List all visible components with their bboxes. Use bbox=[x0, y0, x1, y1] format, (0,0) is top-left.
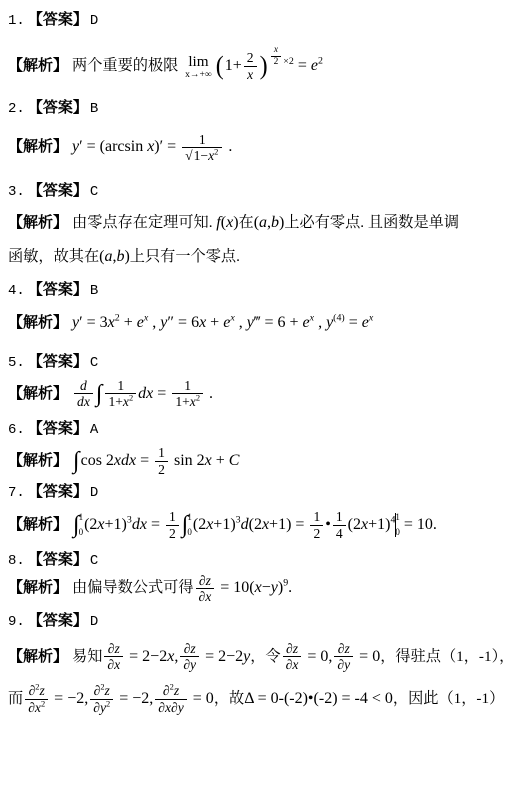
fraction: 14 bbox=[333, 509, 346, 541]
math-roman: 1 bbox=[313, 509, 320, 524]
math-italic: e bbox=[362, 314, 369, 331]
integral-sign-icon: ∫ bbox=[73, 449, 80, 473]
analysis-formula: 两个重要的极限 limx→+∞(1+2x)x2×2 = e2 bbox=[72, 57, 323, 74]
math-roman: , bbox=[148, 314, 160, 331]
math-italic: z bbox=[345, 641, 350, 656]
answer-line-5: 5.【答案】C bbox=[8, 352, 524, 373]
fraction: ∂2z∂x2 bbox=[25, 683, 48, 715]
upper-bound: 1 bbox=[187, 513, 192, 522]
math-roman: 1+ bbox=[225, 57, 242, 74]
analysis-line-4: 【解析】y′ = 3x2 + ex , y″ = 6x + ex , y‴ = … bbox=[8, 313, 524, 333]
text-run: 上只有一个零点. bbox=[130, 248, 240, 265]
answer-line-7: 7.【答案】D bbox=[8, 482, 524, 503]
analysis-formula: 函敏，故其在(a,b)上只有一个零点. bbox=[8, 248, 240, 265]
math-italic: x bbox=[262, 516, 269, 533]
integral: ∫10 bbox=[73, 513, 83, 537]
text-run: 在 bbox=[239, 214, 254, 231]
math-roman: 2 bbox=[169, 526, 176, 541]
fraction-numerator: ∂z bbox=[334, 641, 353, 658]
fraction-denominator: ∂y2 bbox=[90, 700, 113, 716]
math-roman: ∂ bbox=[163, 683, 170, 698]
math-roman: ∂ bbox=[93, 700, 100, 715]
math-italic: y bbox=[271, 579, 278, 596]
analysis-line-6: 【解析】∫cos 2xdx = 12 sin 2x + C bbox=[8, 445, 524, 477]
text-run: 上必有零点. 且函数是单调 bbox=[284, 214, 459, 231]
answer-line-8: 8.【答案】C bbox=[8, 550, 524, 571]
superscript: 2 bbox=[318, 56, 323, 67]
text-run: ，因此（1，-1） bbox=[393, 690, 504, 707]
answer-label: 【答案】 bbox=[28, 613, 88, 629]
fraction: ∂2z∂y2 bbox=[90, 683, 113, 715]
math-roman: = 0 bbox=[189, 690, 214, 707]
fraction-denominator: √1−x2 bbox=[182, 148, 222, 164]
analysis-line-7: 【解析】∫10(2x+1)3dx = 12∫10(2x+1)3d(2x+1) =… bbox=[8, 509, 524, 541]
fraction-numerator: 1 bbox=[155, 445, 168, 462]
math-italic: x bbox=[292, 657, 298, 672]
math-roman: − bbox=[262, 579, 271, 596]
analysis-formula: ddx∫11+x2dx = 11+x2 . bbox=[72, 385, 213, 402]
fraction-denominator: x bbox=[244, 67, 257, 83]
analysis-line-9a: 【解析】易知∂z∂x = 2−2x,∂z∂y = 2−2y，令∂z∂x = 0,… bbox=[8, 641, 524, 673]
math-italic: x bbox=[114, 657, 120, 672]
analysis-formula: y′ = (arcsin x)′ = 1√1−x2 . bbox=[72, 138, 232, 155]
document: 1.【答案】D 【解析】两个重要的极限 limx→+∞(1+2x)x2×2 = … bbox=[0, 0, 530, 798]
fraction-numerator: x bbox=[271, 45, 282, 57]
text-run: 函敏，故其在 bbox=[8, 248, 99, 265]
big-paren: ( bbox=[216, 53, 224, 80]
math-roman: +1) bbox=[269, 516, 291, 533]
math-italic: z bbox=[40, 683, 45, 698]
math-roman: , bbox=[314, 314, 326, 331]
limit: limx→+∞ bbox=[185, 54, 212, 80]
fraction-numerator: ∂z bbox=[283, 641, 302, 658]
math-roman: cos 2 bbox=[81, 452, 114, 469]
math-roman: 2 bbox=[318, 56, 323, 67]
answer-label: 【答案】 bbox=[28, 552, 88, 568]
math-italic: dx bbox=[132, 516, 147, 533]
superscript: (4) bbox=[333, 313, 345, 324]
answer-label: 【答案】 bbox=[28, 282, 88, 298]
superscript: 2 bbox=[41, 698, 45, 708]
big-paren: ) bbox=[260, 53, 268, 80]
item-number: 6. bbox=[8, 422, 25, 438]
answer-label: 【答案】 bbox=[28, 183, 88, 199]
fraction-denominator: ∂x2 bbox=[25, 700, 48, 716]
math-roman: Δ = 0-(-2)•(-2) = -4 < 0 bbox=[244, 690, 393, 707]
text-run: 而 bbox=[8, 690, 23, 707]
item-number: 7. bbox=[8, 485, 25, 501]
fraction: 11+x2 bbox=[105, 378, 136, 410]
math-italic: e bbox=[311, 57, 318, 74]
math-italic: z bbox=[174, 683, 179, 698]
analysis-label: 【解析】 bbox=[8, 315, 68, 331]
math-roman: ″ = 6 bbox=[167, 314, 199, 331]
fraction: 12 bbox=[310, 509, 323, 541]
math-italic: dx bbox=[121, 452, 136, 469]
answer-letter: C bbox=[90, 355, 98, 371]
math-roman: 1+ bbox=[175, 394, 189, 409]
fraction-denominator: ∂x bbox=[283, 657, 302, 673]
fraction-denominator: 4 bbox=[333, 526, 346, 542]
math-roman: (2 bbox=[348, 516, 361, 533]
analysis-label: 【解析】 bbox=[8, 139, 68, 155]
fraction-numerator: 2 bbox=[244, 50, 257, 67]
math-italic: dx bbox=[77, 394, 90, 409]
math-roman: = 10( bbox=[216, 579, 254, 596]
math-italic: x bbox=[361, 516, 368, 533]
answer-letter: D bbox=[90, 614, 98, 630]
math-roman: , bbox=[174, 648, 178, 665]
item-number: 1. bbox=[8, 13, 25, 29]
integral-bounds: 10 bbox=[187, 513, 192, 537]
fraction-numerator: ∂z bbox=[104, 641, 123, 658]
answer-label: 【答案】 bbox=[28, 354, 88, 370]
answer-line-6: 6.【答案】A bbox=[8, 419, 524, 440]
math-italic: x bbox=[255, 579, 262, 596]
math-roman: 2 bbox=[106, 698, 110, 708]
math-italic: y bbox=[344, 657, 350, 672]
math-italic: y bbox=[190, 657, 196, 672]
fraction-denominator: 1+x2 bbox=[172, 394, 203, 410]
answer-line-4: 4.【答案】B bbox=[8, 280, 524, 301]
math-roman: 2 bbox=[158, 462, 165, 477]
item-number: 2. bbox=[8, 101, 25, 117]
analysis-label: 【解析】 bbox=[8, 386, 68, 402]
integral: ∫ bbox=[96, 382, 103, 406]
math-roman: = 0 bbox=[355, 648, 380, 665]
text-run: ，得驻点（1，-1）， bbox=[380, 648, 514, 665]
math-roman: )′ = bbox=[154, 138, 180, 155]
fraction: 2x bbox=[244, 50, 257, 82]
math-roman: ∂ bbox=[28, 700, 35, 715]
analysis-line-9b: 而∂2z∂x2 = −2,∂2z∂y2 = −2,∂2z∂x∂y = 0，故Δ … bbox=[8, 683, 524, 715]
math-roman: = bbox=[153, 385, 170, 402]
analysis-label: 【解析】 bbox=[8, 580, 68, 596]
analysis-formula: 由偏导数公式可得∂z∂x = 10(x−y)9. bbox=[72, 579, 292, 596]
math-roman: ×2 bbox=[283, 56, 294, 67]
math-roman: (4) bbox=[333, 313, 345, 324]
answer-letter: B bbox=[90, 283, 98, 299]
math-roman: + bbox=[120, 314, 137, 331]
fraction-numerator: 1 bbox=[166, 509, 179, 526]
math-italic: dx bbox=[138, 385, 153, 402]
fraction-denominator: ∂x∂y bbox=[155, 700, 187, 716]
item-number: 3. bbox=[8, 184, 25, 200]
math-roman: +1) bbox=[105, 516, 127, 533]
lower-bound: 0 bbox=[79, 528, 84, 537]
math-roman: (2 bbox=[249, 516, 262, 533]
fraction: 12 bbox=[155, 445, 168, 477]
superscript: 2 bbox=[214, 147, 218, 157]
answer-label: 【答案】 bbox=[28, 100, 88, 116]
math-roman: 1 bbox=[117, 378, 124, 393]
radical-sign-icon: √ bbox=[185, 148, 192, 163]
fraction-denominator: 2 bbox=[310, 526, 323, 542]
math-italic: e bbox=[303, 314, 310, 331]
answer-label: 【答案】 bbox=[28, 12, 88, 28]
math-roman: 2 bbox=[41, 698, 45, 708]
math-italic: x bbox=[97, 516, 104, 533]
analysis-formula: y′ = 3x2 + ex , y″ = 6x + ex , y‴ = 6 + … bbox=[72, 314, 373, 331]
math-roman: 1+ bbox=[108, 394, 122, 409]
math-italic: d bbox=[241, 516, 249, 533]
answer-line-2: 2.【答案】B bbox=[8, 98, 524, 119]
answer-line-3: 3.【答案】C bbox=[8, 181, 524, 202]
math-roman: = −2, bbox=[115, 690, 153, 707]
fraction-denominator: 2 bbox=[271, 57, 282, 68]
math-roman: ∂ bbox=[158, 700, 165, 715]
limit-subscript: x→+∞ bbox=[185, 70, 212, 80]
analysis-formula: ∫10(2x+1)3dx = 12∫10(2x+1)3d(2x+1) = 12•… bbox=[72, 516, 437, 533]
fraction-numerator: d bbox=[74, 378, 93, 395]
analysis-line-8: 【解析】由偏导数公式可得∂z∂x = 10(x−y)9. bbox=[8, 573, 524, 605]
math-roman: 2 bbox=[196, 393, 200, 403]
math-roman: = 10. bbox=[400, 516, 437, 533]
integral: ∫10 bbox=[182, 513, 192, 537]
text-run: 两个重要的极限 bbox=[72, 57, 182, 74]
math-roman: • bbox=[325, 516, 331, 533]
lower-bound: 0 bbox=[187, 528, 192, 537]
fraction-denominator: 2 bbox=[155, 462, 168, 478]
math-roman: 1 bbox=[184, 378, 191, 393]
analysis-formula: 而∂2z∂x2 = −2,∂2z∂y2 = −2,∂2z∂x∂y = 0，故Δ … bbox=[8, 690, 504, 707]
analysis-formula: 易知∂z∂x = 2−2x,∂z∂y = 2−2y，令∂z∂x = 0,∂z∂y… bbox=[72, 648, 514, 665]
fraction-denominator: ∂y bbox=[180, 657, 199, 673]
math-roman: 2 bbox=[274, 57, 279, 67]
math-roman: (2 bbox=[193, 516, 206, 533]
math-roman: . bbox=[288, 579, 292, 596]
integral: ∫ bbox=[73, 449, 80, 473]
fraction-numerator: 1 bbox=[310, 509, 323, 526]
analysis-label: 【解析】 bbox=[8, 649, 68, 665]
math-roman: + bbox=[212, 452, 229, 469]
math-roman: +1) bbox=[213, 516, 235, 533]
math-roman: arcsin bbox=[105, 138, 147, 155]
math-italic: z bbox=[114, 641, 119, 656]
math-roman: 2 bbox=[129, 393, 133, 403]
radicand: 1−x2 bbox=[193, 147, 220, 163]
fraction-denominator: ∂x bbox=[196, 589, 215, 605]
math-roman: , bbox=[235, 314, 247, 331]
fraction: ∂z∂x bbox=[196, 573, 215, 605]
fraction-denominator: ∂x bbox=[104, 657, 123, 673]
math-italic: x bbox=[205, 589, 211, 604]
limit-operator: lim bbox=[185, 54, 212, 69]
math-italic: x bbox=[369, 313, 373, 324]
math-roman: 4 bbox=[336, 526, 343, 541]
math-italic: e bbox=[137, 314, 144, 331]
math-roman: 2 bbox=[214, 147, 218, 157]
answer-letter: D bbox=[90, 485, 98, 501]
math-roman: ′ = 3 bbox=[79, 314, 108, 331]
fraction: 11+x2 bbox=[172, 378, 203, 410]
text-run: 易知 bbox=[72, 648, 102, 665]
math-italic: x bbox=[247, 67, 253, 82]
math-italic: d bbox=[80, 378, 87, 393]
item-number: 4. bbox=[8, 283, 25, 299]
radical: √1−x2 bbox=[185, 147, 219, 163]
math-roman: = bbox=[294, 57, 311, 74]
math-roman: = −2, bbox=[50, 690, 88, 707]
math-roman: + bbox=[206, 314, 223, 331]
answer-letter: B bbox=[90, 101, 98, 117]
analysis-line-2: 【解析】y′ = (arcsin x)′ = 1√1−x2 . bbox=[8, 132, 524, 164]
math-roman: 2 bbox=[247, 50, 254, 65]
math-roman: 2 bbox=[313, 526, 320, 541]
math-roman: = 2−2 bbox=[201, 648, 243, 665]
math-roman: = bbox=[147, 516, 164, 533]
math-italic: a bbox=[259, 214, 267, 231]
math-roman: = bbox=[136, 452, 153, 469]
analysis-formula: 由零点存在定理可知. f(x)在(a,b)上必有零点. 且函数是单调 bbox=[72, 214, 459, 231]
analysis-label: 【解析】 bbox=[8, 58, 68, 74]
text-run: 由偏导数公式可得 bbox=[72, 579, 194, 596]
superscript: x bbox=[369, 313, 373, 324]
math-roman: sin 2 bbox=[170, 452, 205, 469]
text-run: ，令 bbox=[250, 648, 280, 665]
superscript: 2 bbox=[129, 393, 133, 403]
analysis-line-3a: 【解析】由零点存在定理可知. f(x)在(a,b)上必有零点. 且函数是单调 bbox=[8, 213, 524, 233]
math-italic: z bbox=[206, 573, 211, 588]
math-roman: ∂ bbox=[199, 573, 206, 588]
math-italic: z bbox=[190, 641, 195, 656]
text-run: ，故 bbox=[214, 690, 244, 707]
answer-letter: C bbox=[90, 553, 98, 569]
analysis-formula: ∫cos 2xdx = 12 sin 2x + C bbox=[72, 452, 239, 469]
fraction-numerator: ∂z bbox=[180, 641, 199, 658]
fraction-denominator: dx bbox=[74, 394, 93, 410]
fraction: ∂z∂x bbox=[104, 641, 123, 673]
math-italic: z bbox=[293, 641, 298, 656]
math-roman: 1 bbox=[336, 509, 343, 524]
answer-line-1: 1.【答案】D bbox=[8, 10, 524, 31]
superscript: 2 bbox=[106, 698, 110, 708]
math-roman: = bbox=[291, 516, 308, 533]
fraction-denominator: 2 bbox=[166, 526, 179, 542]
superscript: 2 bbox=[196, 393, 200, 403]
math-roman: ∂ bbox=[171, 700, 178, 715]
answer-line-9: 9.【答案】D bbox=[8, 611, 524, 632]
math-roman: = 0, bbox=[303, 648, 332, 665]
analysis-label: 【解析】 bbox=[8, 517, 68, 533]
analysis-line-5: 【解析】ddx∫11+x2dx = 11+x2 . bbox=[8, 378, 524, 410]
fraction-numerator: ∂2z bbox=[155, 683, 187, 700]
math-roman: = 2−2 bbox=[125, 648, 167, 665]
integral-bounds: 10 bbox=[79, 513, 84, 537]
math-italic: x bbox=[108, 314, 115, 331]
math-italic: z bbox=[105, 683, 110, 698]
math-roman: ‴ = 6 + bbox=[254, 314, 303, 331]
item-number: 5. bbox=[8, 355, 25, 371]
item-number: 8. bbox=[8, 553, 25, 569]
math-italic: x bbox=[114, 452, 121, 469]
fraction-numerator: ∂z bbox=[196, 573, 215, 590]
analysis-line-1: 【解析】两个重要的极限 limx→+∞(1+2x)x2×2 = e2 bbox=[8, 45, 524, 83]
math-roman: ∂ bbox=[338, 641, 345, 656]
math-roman: 1 bbox=[169, 509, 176, 524]
answer-label: 【答案】 bbox=[28, 484, 88, 500]
math-italic: b bbox=[271, 214, 279, 231]
fraction-denominator: ∂y bbox=[334, 657, 353, 673]
analysis-label: 【解析】 bbox=[8, 215, 68, 231]
math-roman: 1 bbox=[158, 445, 165, 460]
integral-sign-icon: ∫ bbox=[96, 382, 103, 406]
answer-letter: A bbox=[90, 422, 98, 438]
math-italic: y bbox=[178, 700, 184, 715]
item-number: 9. bbox=[8, 614, 25, 630]
math-roman: . bbox=[224, 138, 232, 155]
fraction: ∂z∂y bbox=[180, 641, 199, 673]
answer-letter: D bbox=[90, 13, 98, 29]
answer-label: 【答案】 bbox=[28, 421, 88, 437]
math-roman: 1 bbox=[199, 132, 206, 147]
answer-letter: C bbox=[90, 184, 98, 200]
math-roman: (2 bbox=[84, 516, 97, 533]
math-roman: ∂ bbox=[286, 641, 293, 656]
math-italic: C bbox=[229, 452, 240, 469]
math-roman: 1− bbox=[194, 148, 208, 163]
fraction: ddx bbox=[74, 378, 93, 410]
fraction-numerator: 1 bbox=[333, 509, 346, 526]
math-roman: ′ = ( bbox=[79, 138, 105, 155]
analysis-label: 【解析】 bbox=[8, 453, 68, 469]
math-italic: x bbox=[274, 45, 278, 55]
math-italic: y bbox=[247, 314, 254, 331]
text-run: 由零点存在定理可知. bbox=[72, 214, 216, 231]
fraction: 12 bbox=[166, 509, 179, 541]
superscript: x2×2 bbox=[269, 56, 294, 67]
fraction: 1√1−x2 bbox=[182, 132, 222, 164]
fraction: x2 bbox=[271, 45, 282, 68]
math-italic: x bbox=[205, 452, 212, 469]
math-roman: . bbox=[205, 385, 213, 402]
math-roman: = bbox=[345, 314, 362, 331]
upper-bound: 1 bbox=[79, 513, 84, 522]
fraction: ∂z∂x bbox=[283, 641, 302, 673]
fraction-denominator: 1+x2 bbox=[105, 394, 136, 410]
fraction: ∂2z∂x∂y bbox=[155, 683, 187, 715]
fraction: ∂z∂y bbox=[334, 641, 353, 673]
math-roman: +1) bbox=[368, 516, 390, 533]
analysis-line-3b: 函敏，故其在(a,b)上只有一个零点. bbox=[8, 247, 524, 267]
